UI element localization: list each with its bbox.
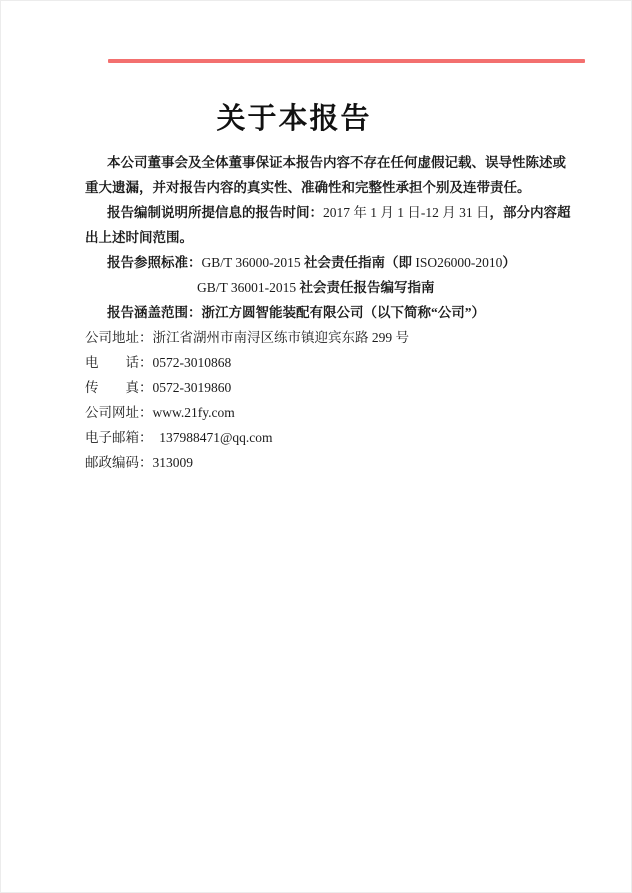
text-run: 电 话：0572-3010868: [85, 355, 231, 370]
text-run: 重大遗漏，并对报告内容的真实性、准确性和完整性承担个别及连带责任。: [85, 180, 531, 195]
text-run: GB/T 36000-2015: [202, 255, 305, 270]
text-run: 电子邮箱： 137988471@qq.com: [85, 430, 273, 445]
text-run: 报告参照标准：: [107, 255, 202, 270]
text-line-8: 公司地址：浙江省湖州市南浔区练市镇迎宾东路 299 号: [85, 325, 585, 350]
header-accent-rule: [108, 59, 585, 63]
text-run: 社会责任指南（即: [304, 255, 415, 270]
text-run: GB/T 36001-2015: [197, 280, 300, 295]
text-run: 报告涵盖范围：浙江方圆智能装配有限公司（以下简称“公司”）: [107, 305, 485, 320]
text-run: 社会责任报告编写指南: [300, 280, 435, 295]
text-line-2: 重大遗漏，并对报告内容的真实性、准确性和完整性承担个别及连带责任。: [85, 175, 585, 200]
text-run: 出上述时间范围。: [85, 230, 193, 245]
text-run: 本公司董事会及全体董事保证本报告内容不存在任何虚假记载、误导性陈述或: [107, 155, 566, 170]
text-run: 公司网址：www.21fy.com: [85, 405, 235, 420]
text-line-10: 传 真：0572-3019860: [85, 375, 585, 400]
text-line-1: 本公司董事会及全体董事保证本报告内容不存在任何虚假记载、误导性陈述或: [85, 150, 585, 175]
text-line-12: 电子邮箱： 137988471@qq.com: [85, 425, 585, 450]
page-title: 关于本报告: [0, 102, 588, 136]
text-line-5: 报告参照标准：GB/T 36000-2015 社会责任指南（即 ISO26000…: [85, 250, 585, 275]
text-line-13: 邮政编码：313009: [85, 450, 585, 475]
text-line-3: 报告编制说明所提信息的报告时间：2017 年 1 月 1 日-12 月 31 日…: [85, 200, 585, 225]
text-line-9: 电 话：0572-3010868: [85, 350, 585, 375]
text-run: 2017 年 1 月 1 日-12 月 31 日: [323, 205, 490, 220]
text-run: 邮政编码：313009: [85, 455, 193, 470]
text-run: ）: [502, 255, 516, 270]
report-page: 关于本报告 本公司董事会及全体董事保证本报告内容不存在任何虚假记载、误导性陈述或…: [0, 0, 632, 893]
report-body: 本公司董事会及全体董事保证本报告内容不存在任何虚假记载、误导性陈述或重大遗漏，并…: [85, 150, 585, 475]
text-run: 传 真：0572-3019860: [85, 380, 231, 395]
text-line-4: 出上述时间范围。: [85, 225, 585, 250]
text-line-6: GB/T 36001-2015 社会责任报告编写指南: [85, 275, 585, 300]
text-line-11: 公司网址：www.21fy.com: [85, 400, 585, 425]
text-run: 公司地址：浙江省湖州市南浔区练市镇迎宾东路 299 号: [85, 330, 409, 345]
text-line-7: 报告涵盖范围：浙江方圆智能装配有限公司（以下简称“公司”）: [85, 300, 585, 325]
text-run: ，部分内容超: [490, 205, 571, 220]
text-run: ISO26000-2010: [415, 255, 502, 270]
text-run: 报告编制说明所提信息的报告时间：: [107, 205, 323, 220]
